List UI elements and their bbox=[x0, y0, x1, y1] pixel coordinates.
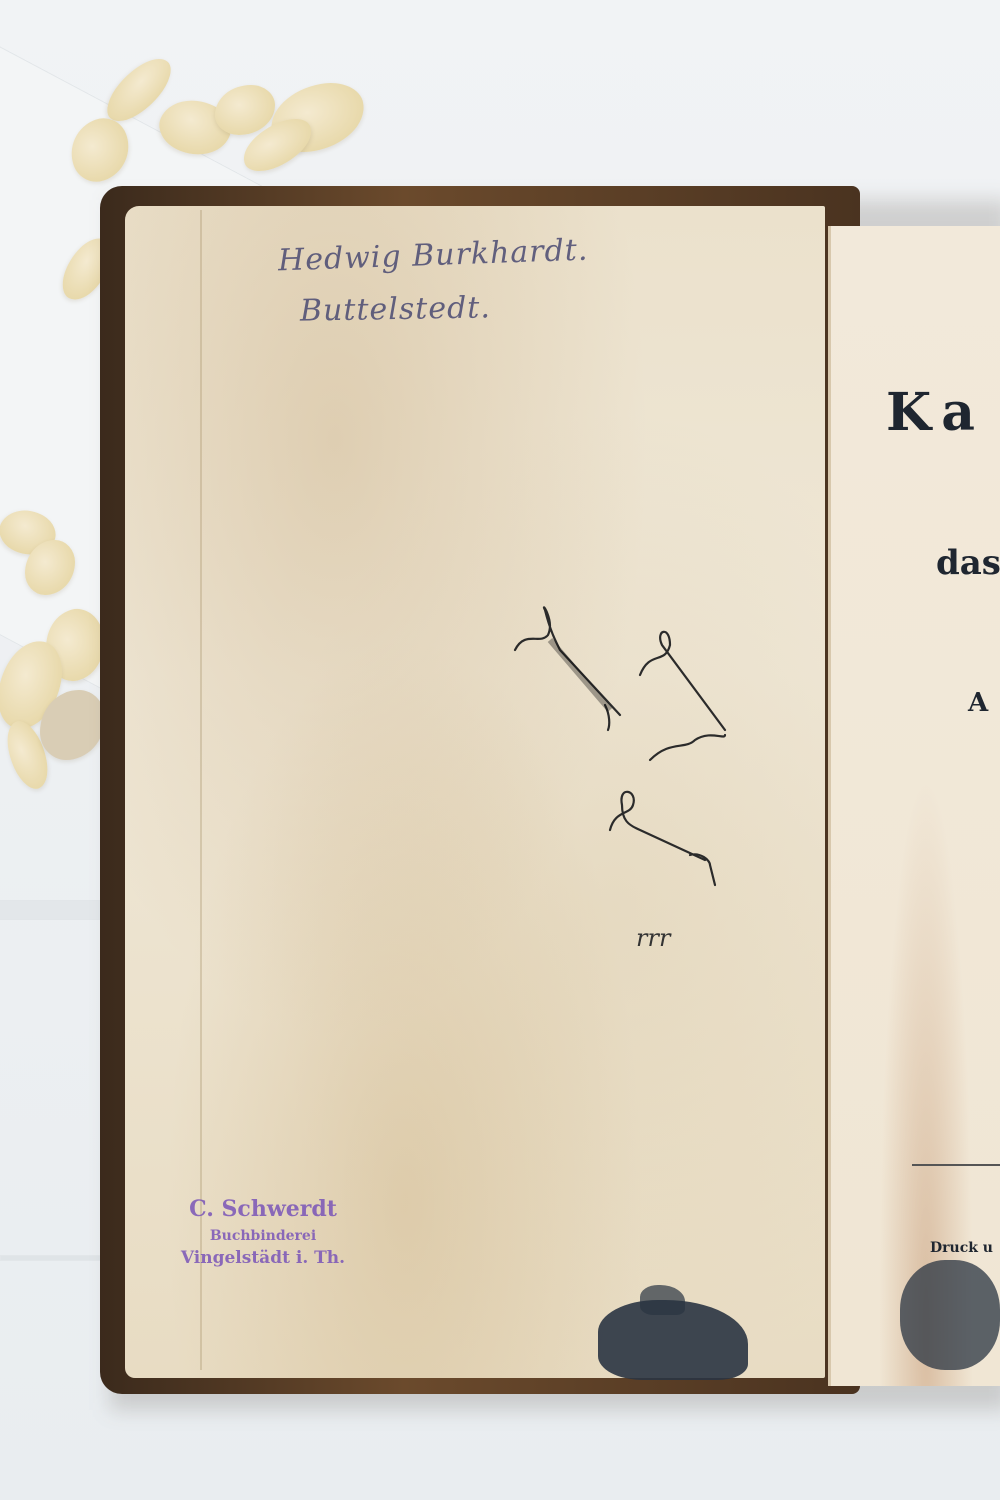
stamp-town: Vingelstädt i. Th. bbox=[168, 1248, 358, 1268]
inscription-place: Buttelstedt. bbox=[300, 290, 491, 328]
pencil-scribble: rrr bbox=[636, 924, 670, 952]
bookbinder-stamp: C. Schwerdt Buchbinderei Vingelstädt i. … bbox=[168, 1196, 358, 1268]
stamp-name: C. Schwerdt bbox=[168, 1196, 358, 1222]
printer-imprint: Druck u bbox=[930, 1240, 993, 1256]
title-rule bbox=[912, 1164, 1000, 1166]
line-fragment: A bbox=[968, 688, 988, 718]
stamp-trade: Buchbinderei bbox=[168, 1228, 358, 1244]
subtitle-fragment: das bbox=[936, 543, 1000, 583]
pencil-doodle bbox=[510, 590, 740, 900]
ink-stain bbox=[900, 1260, 1000, 1370]
title-fragment: Ka bbox=[886, 382, 985, 443]
ink-stain bbox=[640, 1285, 685, 1315]
